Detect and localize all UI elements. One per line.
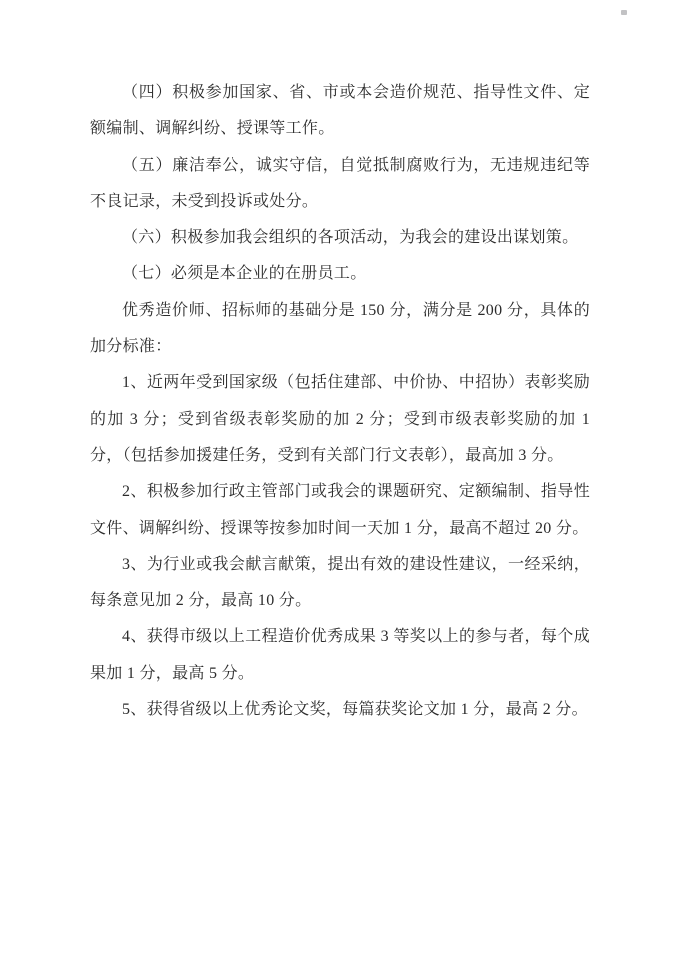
paragraph-rule-4: 4、获得市级以上工程造价优秀成果 3 等奖以上的参与者，每个成果加 1 分，最高… [90,619,590,692]
paragraph-item-6: （六）积极参加我会组织的各项活动，为我会的建设出谋划策。 [90,220,590,256]
paragraph-rule-3: 3、为行业或我会献言献策，提出有效的建设性建议，一经采纳，每条意见加 2 分，最… [90,547,590,620]
paragraph-rule-1: 1、近两年受到国家级（包括住建部、中价协、中招协）表彰奖励的加 3 分；受到省级… [90,365,590,474]
scan-artifact [621,10,627,15]
paragraph-rule-5: 5、获得省级以上优秀论文奖，每篇获奖论文加 1 分，最高 2 分。 [90,692,590,728]
paragraph-item-5: （五）廉洁奉公，诚实守信，自觉抵制腐败行为，无违规违纪等不良记录，未受到投诉或处… [90,148,590,221]
paragraph-score-basis: 优秀造价师、招标师的基础分是 150 分，满分是 200 分，具体的加分标准： [90,293,590,366]
paragraph-rule-2: 2、积极参加行政主管部门或我会的课题研究、定额编制、指导性文件、调解纠纷、授课等… [90,474,590,547]
document-page: （四）积极参加国家、省、市或本会造价规范、指导性文件、定额编制、调解纠纷、授课等… [0,0,680,964]
paragraph-item-7: （七）必须是本企业的在册员工。 [90,256,590,292]
paragraph-item-4: （四）积极参加国家、省、市或本会造价规范、指导性文件、定额编制、调解纠纷、授课等… [90,75,590,148]
